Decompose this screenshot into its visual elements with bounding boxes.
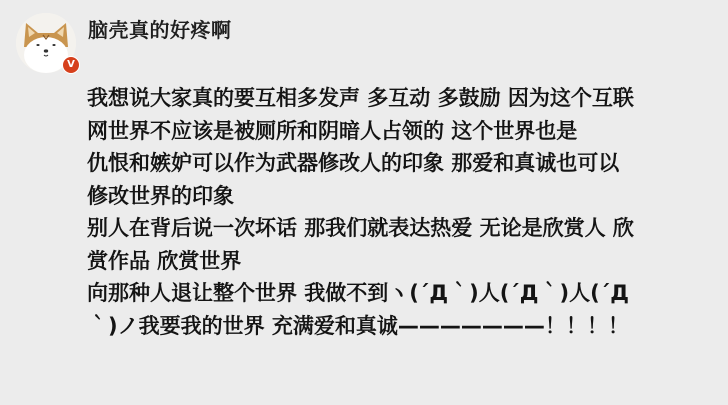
post-line: 网世界不应该是被厕所和阴暗人占领的 这个世界也是 (87, 115, 717, 148)
post-line: 别人在背后说一次坏话 那我们就表达热爱 无论是欣赏人 欣 (87, 212, 717, 245)
post-content: 我想说大家真的要互相多发声 多互动 多鼓励 因为这个互联 网世界不应该是被厕所和… (87, 82, 717, 342)
post-line: 修改世界的印象 (87, 180, 717, 213)
post-line: 向那种人退让整个世界 我做不到ヽ(´Д｀)人(´Д｀)人(´Д (87, 277, 717, 310)
post-line: 我想说大家真的要互相多发声 多互动 多鼓励 因为这个互联 (87, 82, 717, 115)
post-line: ｀)ノ我要我的世界 充满爱和真诚———————！！！！ (87, 310, 717, 343)
post-line: 仇恨和嫉妒可以作为武器修改人的印象 那爱和真诚也可以 (87, 147, 717, 180)
post-line: 赏作品 欣赏世界 (87, 245, 717, 278)
verified-badge-icon: V (62, 56, 80, 74)
author-username[interactable]: 脑壳真的好疼啊 (88, 15, 232, 45)
